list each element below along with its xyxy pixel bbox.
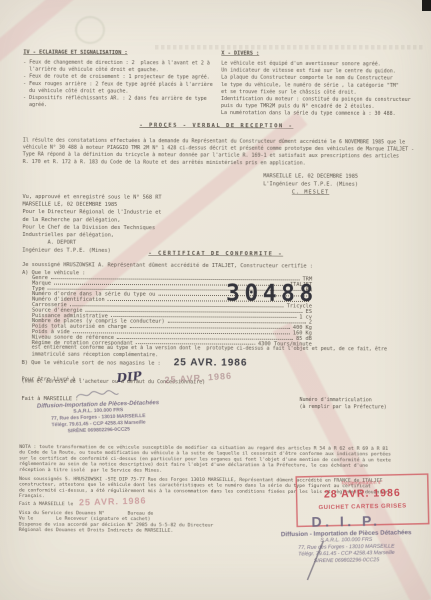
dip-stamp-title: D. I. P. — [263, 513, 428, 530]
attestation-made-at: Fait à MARSEILLE le — [19, 501, 73, 507]
section-eclairage: IV - ECLAIRAGE ET SIGNALISATION : - Feux… — [23, 49, 224, 110]
red-stamp-caption: GUICHET CARTES GRISES — [298, 501, 428, 511]
company-stamp-body: S.A.R.L. 100.000 FRS 77, Rue des Forges … — [13, 405, 184, 436]
douanes-block: Visa du Service des Douanes N° Bureau de… — [19, 510, 304, 534]
scan-surface: IV - ECLAIRAGE ET SIGNALISATION : - Feux… — [0, 0, 431, 600]
engineer-signature-block: MARSEILLE LE, 02 DECEMBRE 1985 L'Ingénie… — [236, 172, 386, 196]
dip-stamp-body: S.A.R.L. 100.000 FRS 77, Rue des Forges … — [264, 535, 429, 565]
dip-company-stamp: D. I. P. Diffusion - Importation de Pièc… — [263, 513, 429, 565]
section-divers-body: Le véhicule est équipé d'un avertisseur … — [221, 60, 427, 118]
exit-date-label: B) Que le véhicule sort de nos magasins … — [22, 359, 161, 367]
nota-paragraph: NOTA : toute transformation de ce véhicu… — [19, 444, 426, 475]
proces-verbal-title: - PROCES - VERBAL DE RECEPTION - — [1, 121, 431, 130]
serial-number-stamp: 30488 — [226, 281, 318, 304]
signature-name: C. MESLET — [236, 188, 386, 197]
red-stamp-date: 28 AVR. 1986 — [297, 486, 427, 501]
section-divers: X - DIVERS : Le véhicule est équipé d'un… — [221, 50, 427, 118]
company-stamp-small: Diffusion-Importation de Pièces-Détachée… — [13, 398, 184, 436]
section-eclairage-title: IV - ECLAIRAGE ET SIGNALISATION : — [23, 49, 224, 56]
approval-block: Vu, approuvé et enregistré sous le N° 56… — [22, 193, 232, 255]
exit-date-row: B) Que le véhicule sort de nos magasins … — [22, 355, 248, 368]
attestation-date-stamp: 25 AVR. 1986 — [79, 495, 147, 507]
registration-note: Numéro d'immatriculation (à remplir par … — [299, 396, 386, 411]
proces-verbal-body: Il résulte des constatations effectuées … — [23, 137, 429, 168]
exit-date-stamp: 25 AVR. 1986 — [174, 357, 248, 369]
delivery-date-stamp: 25 AVR. 1986 — [164, 371, 232, 386]
scanned-certificate-page: IV - ECLAIRAGE ET SIGNALISATION : - Feux… — [0, 0, 431, 600]
section-eclairage-body: - Feux de changement de direction : 2 pl… — [23, 59, 224, 110]
section-divers-title: X - DIVERS : — [221, 50, 427, 57]
certificat-title: - CERTIFICAT DE CONFORMITE - — [0, 249, 431, 258]
document-content: IV - ECLAIRAGE ET SIGNALISATION : - Feux… — [0, 0, 431, 600]
